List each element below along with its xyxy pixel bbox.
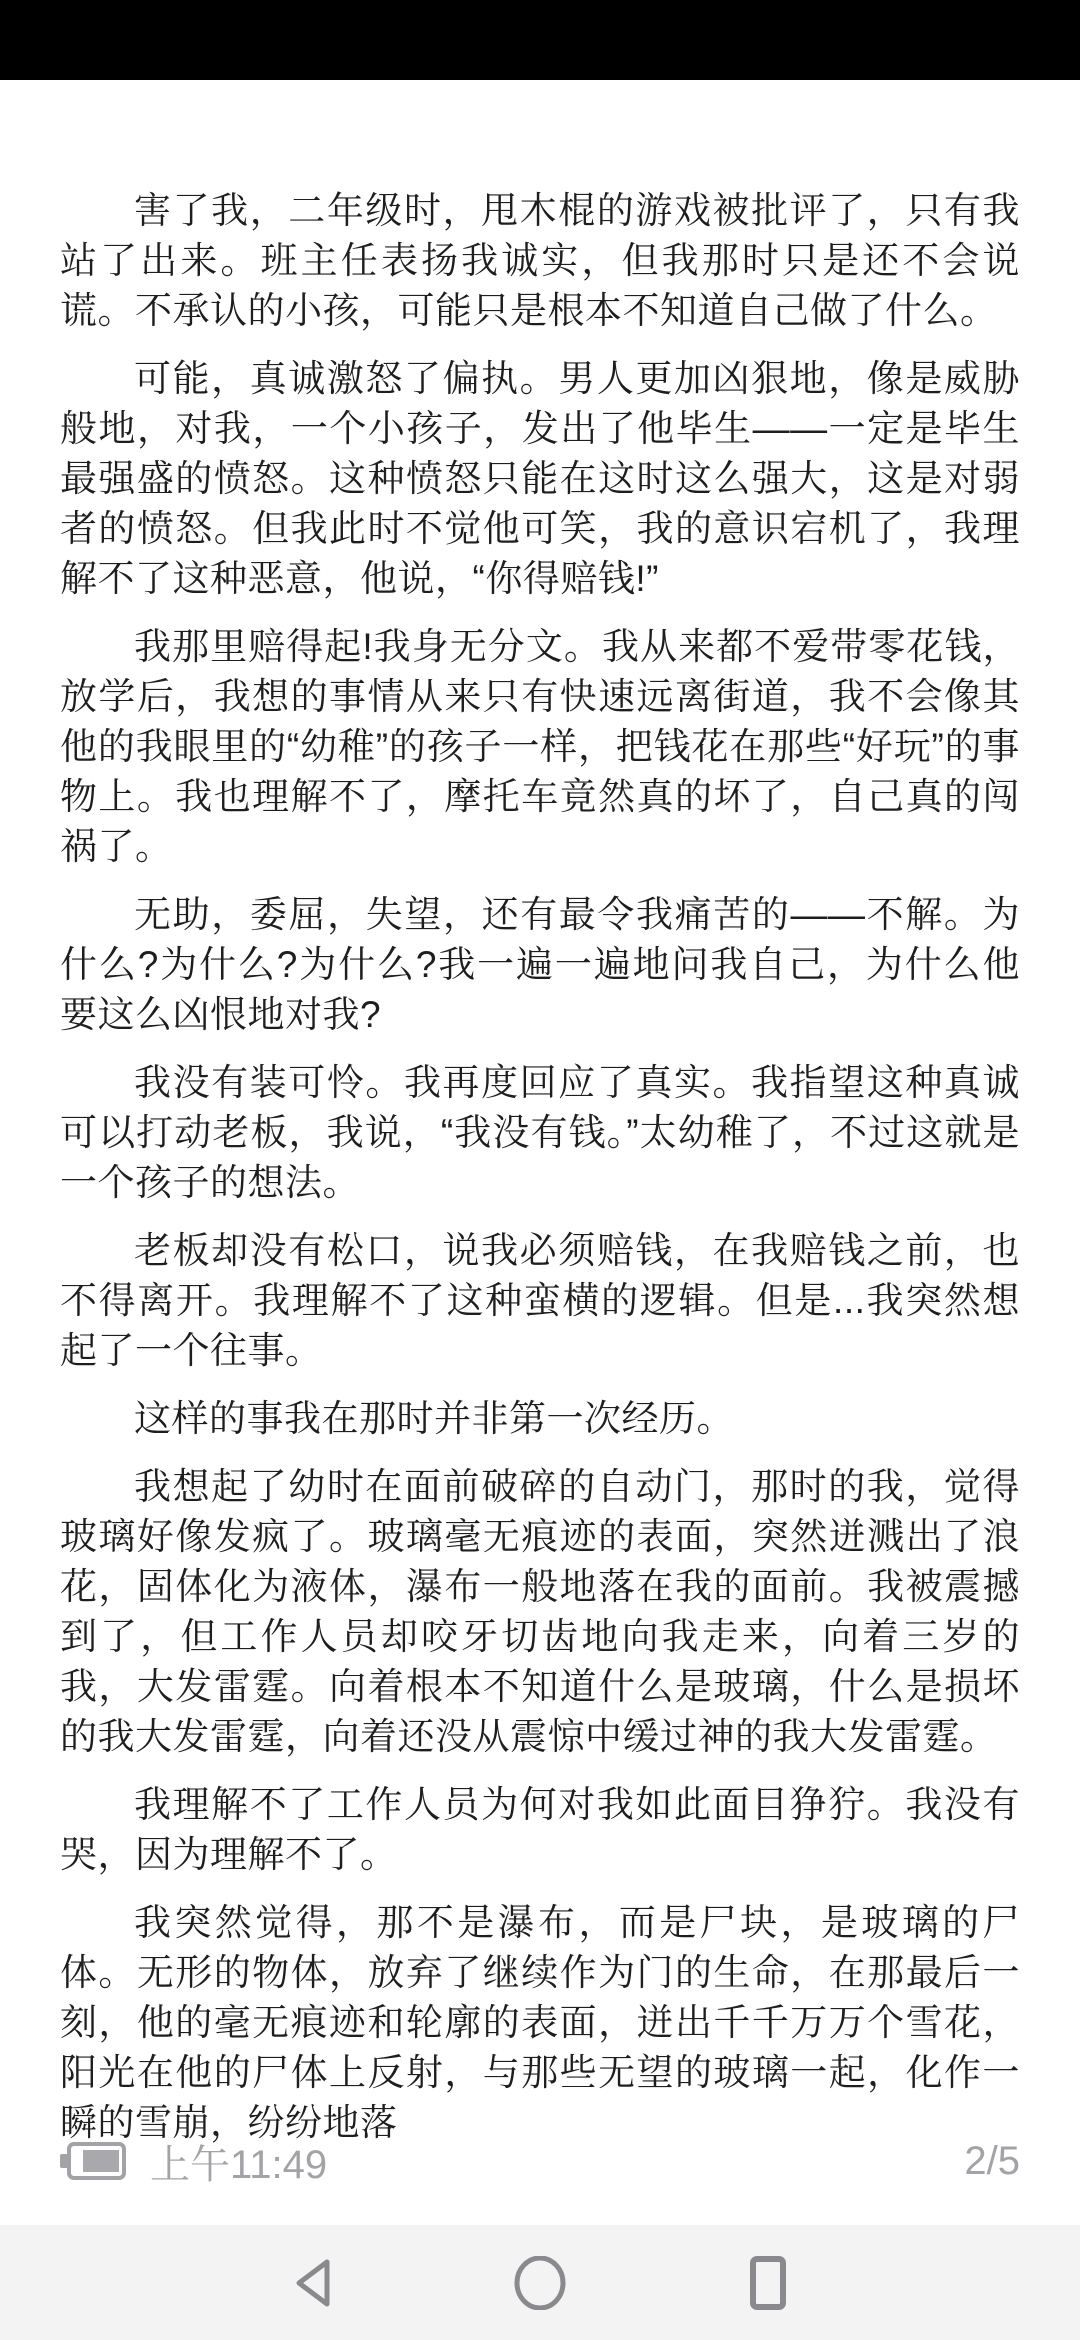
status-bar <box>0 0 1080 80</box>
reader-footer: 上午11:49 2/5 <box>60 2138 1020 2184</box>
paragraph: 我突然觉得，那不是瀑布，而是尸块，是玻璃的尸体。无形的物体，放弃了继续作为门的生… <box>60 1898 1020 2148</box>
paragraph: 老板却没有松口，说我必须赔钱，在我赔钱之前，也不得离开。我理解不了这种蛮横的逻辑… <box>60 1226 1020 1376</box>
paragraph: 我那里赔得起!我身无分文。我从来都不爱带零花钱，放学后，我想的事情从来只有快速远… <box>60 622 1020 872</box>
reading-page-text[interactable]: 害了我，二年级时，甩木棍的游戏被批评了，只有我站了出来。班主任表扬我诚实，但我那… <box>60 186 1020 2166</box>
nav-recents-button[interactable] <box>708 2225 828 2340</box>
back-triangle-icon <box>290 2257 334 2309</box>
battery-icon <box>60 2142 126 2180</box>
paragraph: 这样的事我在那时并非第一次经历。 <box>60 1394 1020 1444</box>
paragraph: 无助，委屈，失望，还有最令我痛苦的——不解。为什么?为什么?为什么?我一遍一遍地… <box>60 890 1020 1040</box>
nav-back-button[interactable] <box>252 2225 372 2340</box>
paragraph: 我想起了幼时在面前破碎的自动门，那时的我，觉得玻璃好像发疯了。玻璃毫无痕迹的表面… <box>60 1462 1020 1762</box>
recents-square-icon <box>746 2256 790 2310</box>
page-indicator: 2/5 <box>964 2139 1020 2184</box>
reader-app-screen: 害了我，二年级时，甩木棍的游戏被批评了，只有我站了出来。班主任表扬我诚实，但我那… <box>0 0 1080 2340</box>
footer-left-group: 上午11:49 <box>60 2133 327 2190</box>
paragraph: 我理解不了工作人员为何对我如此面目狰狞。我没有哭，因为理解不了。 <box>60 1780 1020 1880</box>
android-nav-bar <box>0 2225 1080 2340</box>
clock-text: 上午11:49 <box>150 2133 327 2190</box>
paragraph: 害了我，二年级时，甩木棍的游戏被批评了，只有我站了出来。班主任表扬我诚实，但我那… <box>60 186 1020 336</box>
nav-home-button[interactable] <box>480 2225 600 2340</box>
paragraph: 可能，真诚激怒了偏执。男人更加凶狠地，像是威胁般地，对我，一个小孩子，发出了他毕… <box>60 354 1020 604</box>
home-circle-icon <box>513 2256 567 2310</box>
paragraph: 我没有装可怜。我再度回应了真实。我指望这种真诚可以打动老板，我说，“我没有钱。”… <box>60 1058 1020 1208</box>
